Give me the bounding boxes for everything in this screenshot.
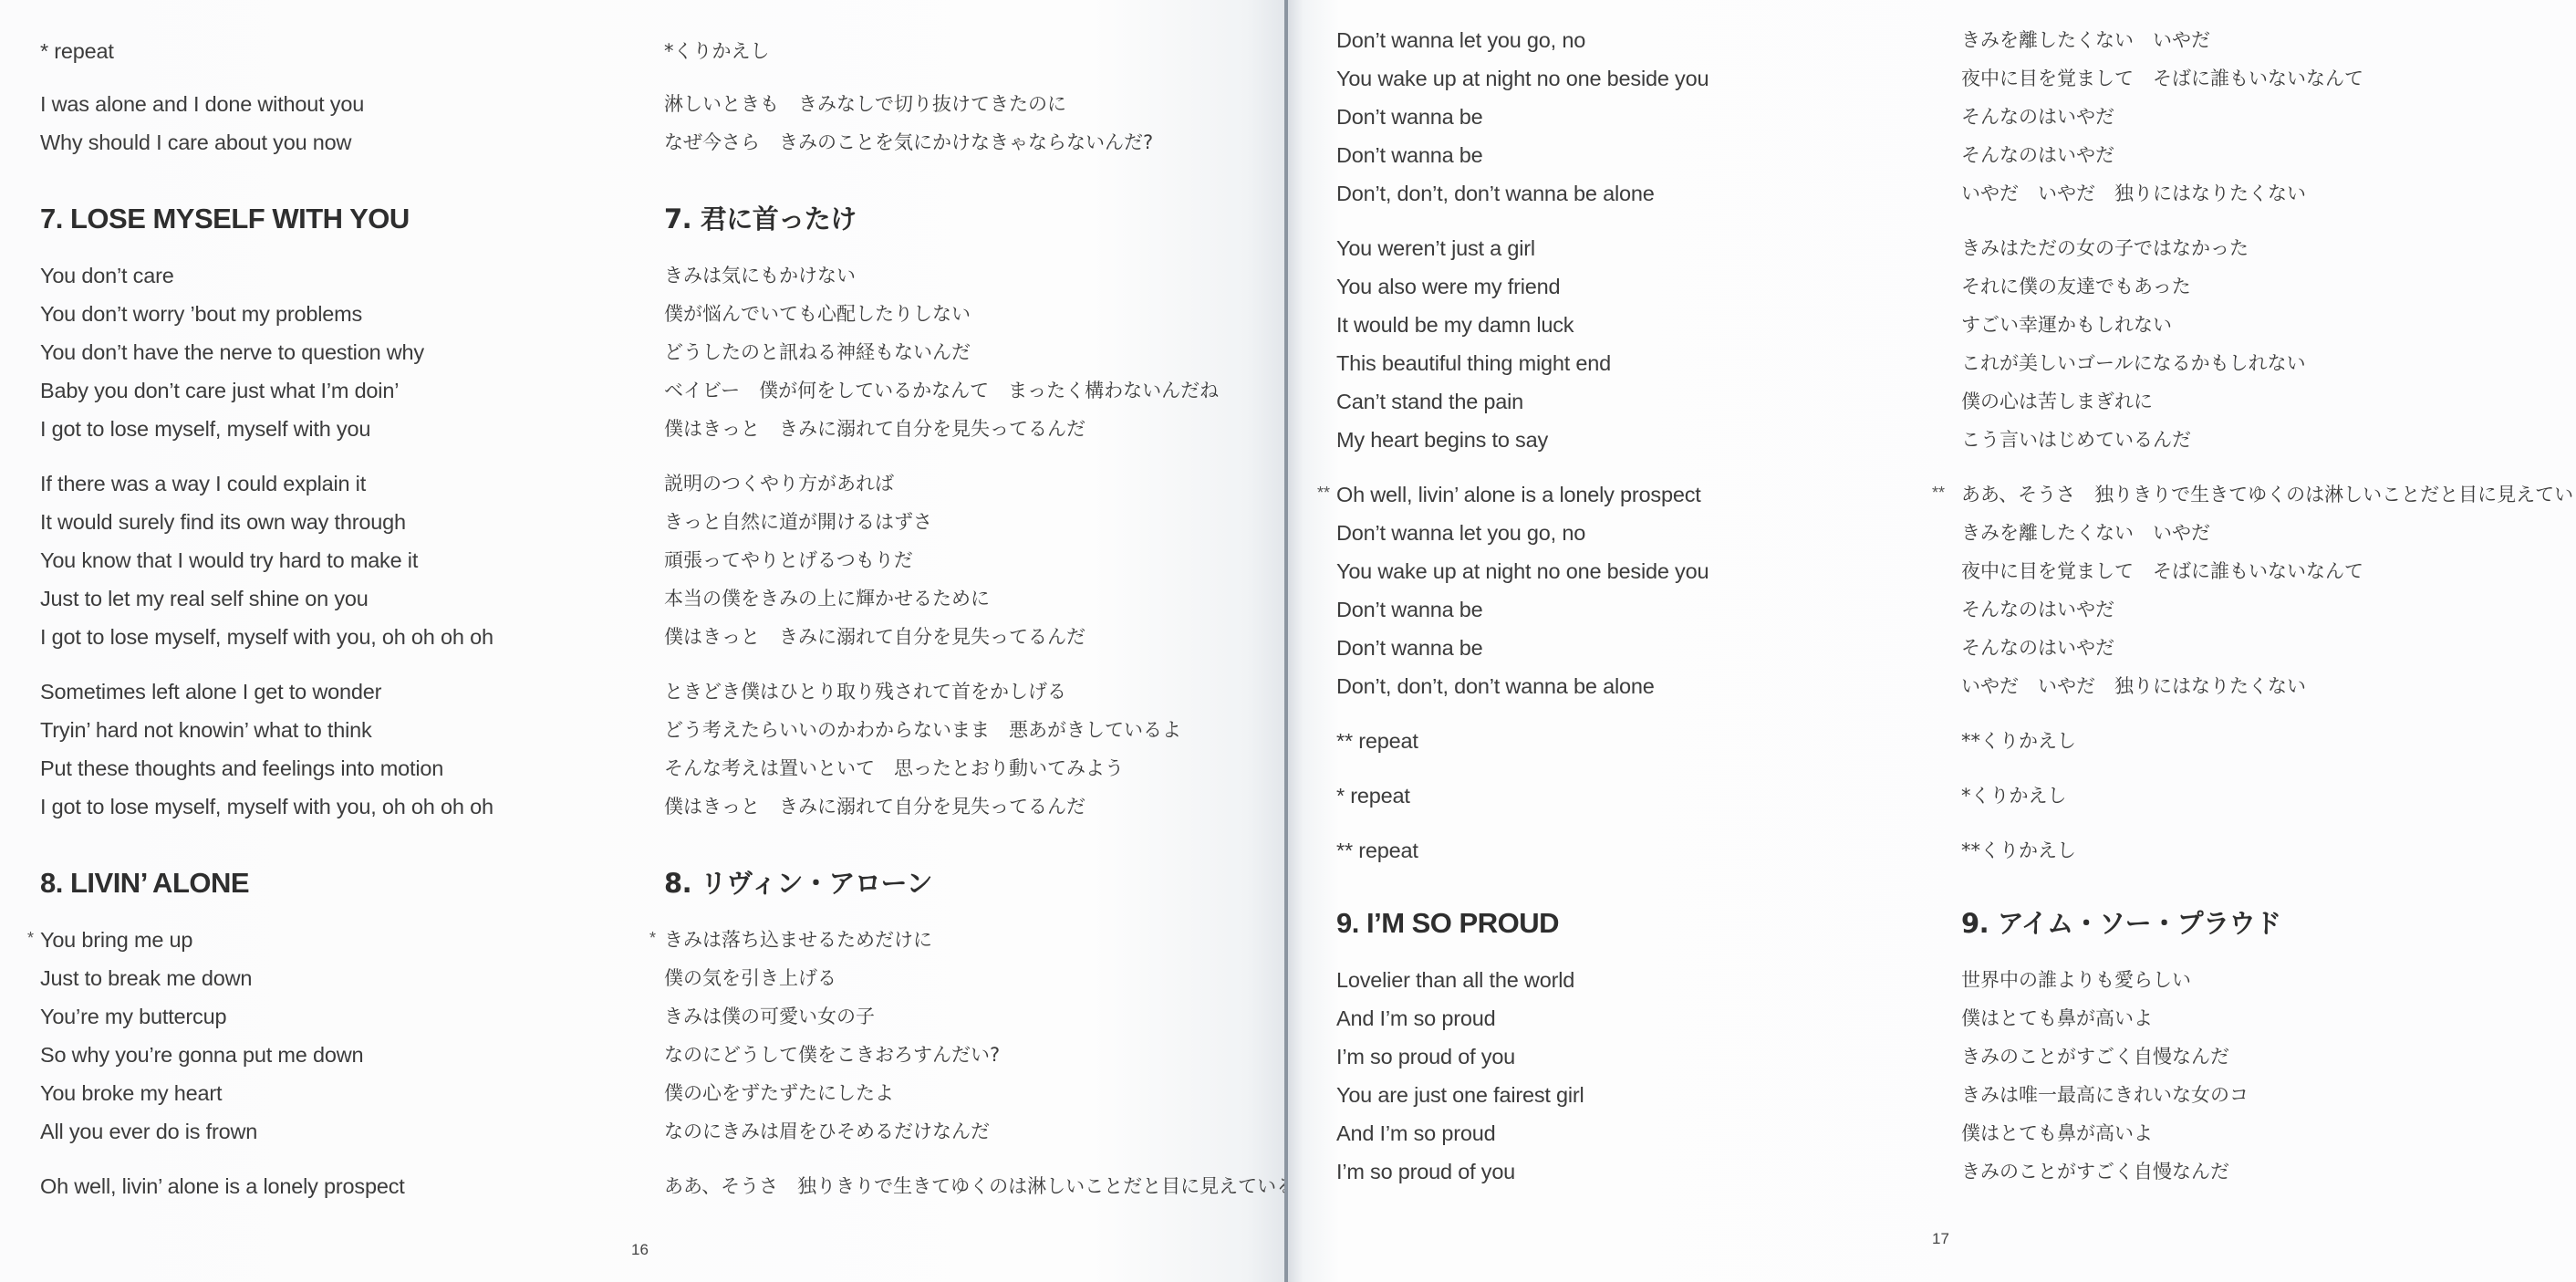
- lyric-line: そんなのはいやだ: [1961, 104, 2114, 130]
- page-17: Don’t wanna let you go, noYou wake up at…: [1288, 0, 2576, 1282]
- lyric-line: I got to lose myself, myself with you: [40, 416, 370, 442]
- lyric-line: Don’t wanna be: [1336, 635, 1483, 661]
- lyric-line: 僕はとても鼻が高いよ: [1961, 1120, 2153, 1146]
- lyric-line: きみを離したくない いやだ: [1961, 27, 2210, 53]
- lyric-line: You are just one fairest girl: [1336, 1082, 1584, 1108]
- page-number: 17: [1932, 1230, 1949, 1248]
- lyric-line: 本当の僕をきみの上に輝かせるために: [664, 586, 990, 611]
- lyric-line: そんなのはいやだ: [1961, 635, 2114, 661]
- lyric-line: 淋しいときも きみなしで切り抜けてきたのに: [664, 91, 1066, 117]
- lyric-line: Tryin’ hard not knowin’ what to think: [40, 717, 372, 743]
- lyric-line: I got to lose myself, myself with you, o…: [40, 624, 493, 650]
- chorus-marker: **: [1317, 484, 1330, 503]
- lyric-line: You don’t have the nerve to question why: [40, 339, 424, 365]
- lyric-line: なのにきみは眉をひそめるだけなんだ: [664, 1119, 990, 1144]
- song-title: 7. 君に首ったけ: [664, 203, 857, 235]
- lyric-line: You’re my buttercup: [40, 1004, 226, 1029]
- lyric-line: 世界中の誰よりも愛らしい: [1961, 967, 2191, 993]
- lyric-line: *くりかえし: [1961, 783, 2067, 808]
- lyric-line: Lovelier than all the world: [1336, 967, 1574, 993]
- lyric-line: I got to lose myself, myself with you, o…: [40, 794, 493, 819]
- lyric-line: You wake up at night no one beside you: [1336, 66, 1709, 91]
- lyric-line: きみは僕の可愛い女の子: [664, 1004, 875, 1029]
- lyric-line: ベイビー 僕が何をしているかなんて まったく構わないんだね: [664, 378, 1219, 403]
- song-title: 8. リヴィン・アローン: [664, 867, 932, 900]
- lyric-line: 頑張ってやりとげるつもりだ: [664, 547, 913, 573]
- lyric-line: You wake up at night no one beside you: [1336, 558, 1709, 584]
- lyric-line: なぜ今さら きみのことを気にかけなきゃならないんだ?: [664, 130, 1153, 155]
- lyric-line: Put these thoughts and feelings into mot…: [40, 756, 443, 781]
- lyric-line: Can’t stand the pain: [1336, 389, 1523, 414]
- lyric-line: I was alone and I done without you: [40, 91, 364, 117]
- lyric-line: そんな考えは置いといて 思ったとおり動いてみよう: [664, 756, 1124, 781]
- page-number: 16: [631, 1241, 649, 1259]
- lyric-line: 夜中に目を覚まして そばに誰もいないなんて: [1961, 66, 2363, 91]
- lyric-line: そんなのはいやだ: [1961, 597, 2114, 622]
- lyric-line: It would be my damn luck: [1336, 312, 1574, 338]
- lyric-line: You also were my friend: [1336, 274, 1560, 299]
- lyric-line: きみは落ち込ませるためだけに: [664, 927, 932, 953]
- lyric-line: You bring me up: [40, 927, 192, 953]
- song-title: 8. LIVIN’ ALONE: [40, 867, 249, 900]
- lyric-line: * repeat: [1336, 783, 1410, 808]
- lyric-line: Don’t, don’t, don’t wanna be alone: [1336, 673, 1655, 699]
- lyric-line: 僕の気を引き上げる: [664, 965, 836, 991]
- lyric-line: いやだ いやだ 独りにはなりたくない: [1961, 181, 2306, 206]
- lyric-line: どうしたのと訊ねる神経もないんだ: [664, 339, 971, 365]
- lyric-line: You weren’t just a girl: [1336, 235, 1535, 261]
- lyric-line: Don’t wanna be: [1336, 142, 1483, 168]
- lyric-line: きみのことがすごく自慢なんだ: [1961, 1159, 2229, 1184]
- lyric-line: こう言いはじめているんだ: [1961, 427, 2191, 453]
- lyric-line: Why should I care about you now: [40, 130, 351, 155]
- lyric-line: All you ever do is frown: [40, 1119, 257, 1144]
- lyric-line: I’m so proud of you: [1336, 1044, 1515, 1069]
- lyric-line: それに僕の友達でもあった: [1961, 274, 2191, 299]
- lyric-line: Just to break me down: [40, 965, 252, 991]
- lyric-line: 僕はきっと きみに溺れて自分を見失ってるんだ: [664, 416, 1085, 442]
- lyric-line: This beautiful thing might end: [1336, 350, 1611, 376]
- lyric-line: ** repeat: [1336, 728, 1418, 754]
- lyric-line: きみは気にもかけない: [664, 263, 856, 288]
- chorus-marker: *: [27, 929, 34, 948]
- lyric-line: なのにどうして僕をこきおろすんだい?: [664, 1042, 1000, 1068]
- lyric-line: * repeat: [40, 38, 114, 64]
- lyric-line: Oh well, livin’ alone is a lonely prospe…: [1336, 482, 1701, 507]
- lyric-line: You don’t care: [40, 263, 174, 288]
- lyric-line: Just to let my real self shine on you: [40, 586, 369, 611]
- lyric-line: Baby you don’t care just what I’m doin’: [40, 378, 399, 403]
- song-title: 9. アイム・ソー・プラウド: [1961, 907, 2281, 940]
- lyric-line: ときどき僕はひとり取り残されて首をかしげる: [664, 679, 1066, 704]
- song-title: 9. I’M SO PROUD: [1336, 907, 1559, 940]
- lyric-line: I’m so proud of you: [1336, 1159, 1515, 1184]
- lyric-line: If there was a way I could explain it: [40, 471, 366, 496]
- lyric-line: 僕はきっと きみに溺れて自分を見失ってるんだ: [664, 624, 1085, 650]
- lyric-line: My heart begins to say: [1336, 427, 1548, 453]
- lyric-line: You broke my heart: [40, 1080, 222, 1106]
- lyric-line: ああ、そうさ 独りきりで生きてゆくのは淋しいことだと目に見えている: [1961, 482, 2576, 507]
- lyric-line: Oh well, livin’ alone is a lonely prospe…: [40, 1173, 405, 1199]
- lyric-line: きみは唯一最高にきれいな女のコ: [1961, 1082, 2249, 1108]
- lyric-line: Sometimes left alone I get to wonder: [40, 679, 381, 704]
- lyric-line: そんなのはいやだ: [1961, 142, 2114, 168]
- lyric-line: You know that I would try hard to make i…: [40, 547, 418, 573]
- lyric-line: Don’t, don’t, don’t wanna be alone: [1336, 181, 1655, 206]
- lyric-line: Don’t wanna be: [1336, 597, 1483, 622]
- lyric-line: Don’t wanna let you go, no: [1336, 27, 1585, 53]
- lyric-line: いやだ いやだ 独りにはなりたくない: [1961, 673, 2306, 699]
- song-title: 7. LOSE MYSELF WITH YOU: [40, 203, 410, 235]
- lyric-line: And I’m so proud: [1336, 1006, 1495, 1031]
- page-16: * repeatI was alone and I done without y…: [0, 0, 1286, 1282]
- lyric-line: どう考えたらいいのかわからないまま 悪あがきしているよ: [664, 717, 1181, 743]
- lyric-line: ああ、そうさ 独りきりで生きてゆくのは淋しいことだと目に見えている: [664, 1173, 1295, 1199]
- lyric-line: きみはただの女の子ではなかった: [1961, 235, 2249, 261]
- lyric-line: 夜中に目を覚まして そばに誰もいないなんて: [1961, 558, 2363, 584]
- lyric-line: Don’t wanna let you go, no: [1336, 520, 1585, 546]
- lyric-line: ** repeat: [1336, 838, 1418, 863]
- lyric-line: きっと自然に道が開けるはずさ: [664, 509, 932, 535]
- lyric-line: 僕の心は苦しまぎれに: [1961, 389, 2153, 414]
- lyric-line: **くりかえし: [1961, 728, 2076, 754]
- lyric-line: これが美しいゴールになるかもしれない: [1961, 350, 2306, 376]
- lyric-line: It would surely find its own way through: [40, 509, 406, 535]
- lyric-line: きみを離したくない いやだ: [1961, 520, 2210, 546]
- lyric-line: You don’t worry ’bout my problems: [40, 301, 362, 327]
- lyric-line: 僕はとても鼻が高いよ: [1961, 1006, 2153, 1031]
- lyric-line: **くりかえし: [1961, 838, 2076, 863]
- lyric-line: 僕が悩んでいても心配したりしない: [664, 301, 971, 327]
- chorus-marker: **: [1932, 484, 1945, 503]
- lyric-line: 説明のつくやり方があれば: [664, 471, 894, 496]
- lyric-line: *くりかえし: [664, 38, 770, 64]
- lyric-line: Don’t wanna be: [1336, 104, 1483, 130]
- lyric-line: 僕の心をずたずたにしたよ: [664, 1080, 894, 1106]
- lyric-line: きみのことがすごく自慢なんだ: [1961, 1044, 2229, 1069]
- lyric-line: And I’m so proud: [1336, 1120, 1495, 1146]
- lyric-line: 僕はきっと きみに溺れて自分を見失ってるんだ: [664, 794, 1085, 819]
- chorus-marker: *: [649, 929, 656, 948]
- lyric-line: すごい幸運かもしれない: [1961, 312, 2172, 338]
- lyric-line: So why you’re gonna put me down: [40, 1042, 363, 1068]
